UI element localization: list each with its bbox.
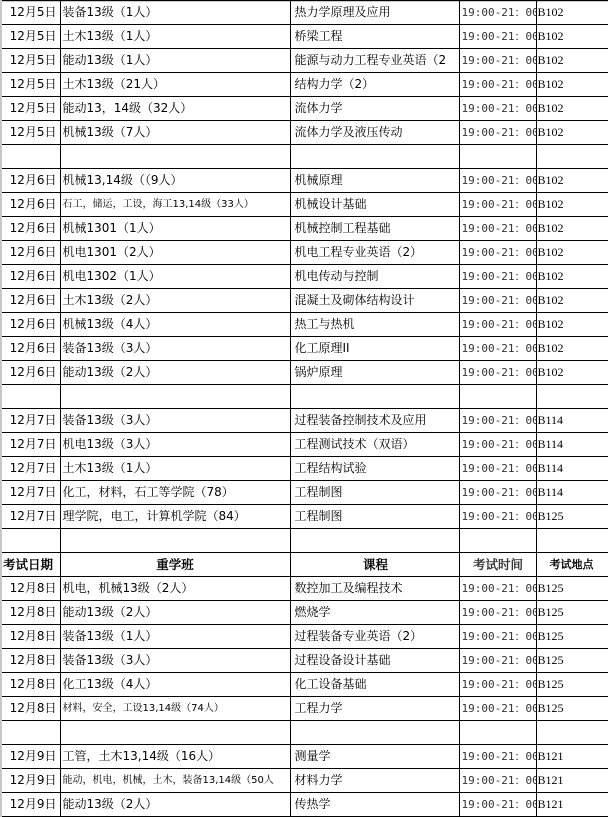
class-cell[interactable]: 化工13级（4人）	[60, 673, 290, 697]
course-cell[interactable]: 热工与热机	[290, 313, 459, 337]
class-cell[interactable]: 土木13级（21人）	[60, 73, 290, 97]
blank-row	[1, 721, 608, 745]
room-cell[interactable]: B125	[536, 577, 608, 601]
empty-cell[interactable]	[536, 721, 608, 745]
course-cell[interactable]: 测量学	[290, 745, 459, 769]
table-row: 12月6日机械13,14级（（9人）机械原理19:00-21：00B102	[1, 169, 608, 193]
course-cell[interactable]: 热力学原理及应用	[290, 1, 459, 25]
empty-cell[interactable]	[290, 721, 459, 745]
header-row: 考试日期重学班课程考试时间考试地点	[1, 553, 608, 577]
table-row: 12月7日化工，材料，石工等学院（78）工程制图19:00-21：00B114	[1, 481, 608, 505]
course-cell[interactable]: 能源与动力工程专业英语（2	[290, 49, 459, 73]
course-cell[interactable]: 材料力学	[290, 769, 459, 793]
time-cell[interactable]: 19:00-21：00	[459, 97, 536, 121]
exam-schedule-sheet: 12月5日装备13级（1人）热力学原理及应用19:00-21：00B10212月…	[0, 0, 608, 817]
class-cell[interactable]: 机械1301（1人）	[60, 217, 290, 241]
table-row: 12月8日装备13级（3人）过程设备设计基础19:00-21：00B125	[1, 649, 608, 673]
table-row: 12月8日装备13级（1人）过程装备专业英语（2）19:00-21：00B125	[1, 625, 608, 649]
room-cell[interactable]: B102	[536, 49, 608, 73]
table-row: 12月6日土木13级（2人）混凝土及砌体结构设计19:00-21：00B102	[1, 289, 608, 313]
blank-row	[1, 145, 608, 169]
course-cell[interactable]: 结构力学（2）	[290, 73, 459, 97]
room-cell[interactable]: B114	[536, 409, 608, 433]
date-cell[interactable]: 12月5日	[1, 121, 60, 145]
class-cell[interactable]: 能动13，14级（32人）	[60, 97, 290, 121]
table-row: 12月7日装备13级（3人）过程装备控制技术及应用19:00-21：00B114	[1, 409, 608, 433]
time-cell[interactable]: 19:00-21：00	[459, 193, 536, 217]
room-cell[interactable]: B125	[536, 673, 608, 697]
date-cell[interactable]: 12月6日	[1, 265, 60, 289]
blank-row	[1, 529, 608, 553]
header-class[interactable]: 重学班	[60, 553, 290, 577]
table-row: 12月9日能动13级（2人）传热学19:00-21：00B121	[1, 793, 608, 817]
room-cell[interactable]: B102	[536, 73, 608, 97]
room-cell[interactable]: B102	[536, 289, 608, 313]
table-row: 12月5日能动13级（1人）能源与动力工程专业英语（219:00-21：00B1…	[1, 49, 608, 73]
empty-cell[interactable]	[536, 145, 608, 169]
room-cell[interactable]: B125	[536, 601, 608, 625]
empty-cell[interactable]	[60, 385, 290, 409]
table-row: 12月6日机电1301（2人）机电工程专业英语（2）19:00-21：00B10…	[1, 241, 608, 265]
table-row: 12月6日机电1302（1人）机电传动与控制19:00-21：00B102	[1, 265, 608, 289]
empty-cell[interactable]	[60, 529, 290, 553]
header-date[interactable]: 考试日期	[1, 553, 60, 577]
class-cell[interactable]: 装备13级（1人）	[60, 1, 290, 25]
date-cell[interactable]: 12月8日	[1, 697, 60, 721]
empty-cell[interactable]	[60, 145, 290, 169]
date-cell[interactable]: 12月6日	[1, 313, 60, 337]
room-cell[interactable]: B121	[536, 793, 608, 817]
class-cell[interactable]: 机电13级（3人）	[60, 433, 290, 457]
room-cell[interactable]: B102	[536, 169, 608, 193]
class-cell[interactable]: 工管，土木13,14级（16人）	[60, 745, 290, 769]
table-row: 12月5日机械13级（7人）流体力学及液压传动19:00-21：00B102	[1, 121, 608, 145]
time-cell[interactable]: 19:00-21：00	[459, 25, 536, 49]
date-cell[interactable]: 12月6日	[1, 289, 60, 313]
time-cell[interactable]: 19:00-21：00	[459, 673, 536, 697]
course-cell[interactable]: 流体力学及液压传动	[290, 121, 459, 145]
course-cell[interactable]: 桥梁工程	[290, 25, 459, 49]
course-cell[interactable]: 机械原理	[290, 169, 459, 193]
time-cell[interactable]: 19:00-21：00	[459, 769, 536, 793]
empty-cell[interactable]	[459, 529, 536, 553]
table-row: 12月5日土木13级（21人）结构力学（2）19:00-21：00B102	[1, 73, 608, 97]
room-cell[interactable]: B102	[536, 361, 608, 385]
room-cell[interactable]: B102	[536, 121, 608, 145]
time-cell[interactable]: 19:00-21：00	[459, 625, 536, 649]
time-cell[interactable]: 19:00-21：00	[459, 241, 536, 265]
date-cell[interactable]: 12月7日	[1, 481, 60, 505]
empty-cell[interactable]	[290, 145, 459, 169]
class-cell[interactable]: 理学院，电工，计算机学院（84）	[60, 505, 290, 529]
table-row: 12月7日机电13级（3人）工程测试技术（双语）19:00-21：00B114	[1, 433, 608, 457]
course-cell[interactable]: 工程力学	[290, 697, 459, 721]
room-cell[interactable]: B121	[536, 769, 608, 793]
time-cell[interactable]: 19:00-21：00	[459, 265, 536, 289]
date-cell[interactable]: 12月6日	[1, 241, 60, 265]
empty-cell[interactable]	[60, 721, 290, 745]
date-cell[interactable]: 12月6日	[1, 337, 60, 361]
room-cell[interactable]: B102	[536, 1, 608, 25]
empty-cell[interactable]	[1, 529, 60, 553]
date-cell[interactable]: 12月9日	[1, 793, 60, 817]
class-cell[interactable]: 机电1302（1人）	[60, 265, 290, 289]
course-cell[interactable]: 流体力学	[290, 97, 459, 121]
date-cell[interactable]: 12月6日	[1, 193, 60, 217]
date-cell[interactable]: 12月6日	[1, 217, 60, 241]
course-cell[interactable]: 数控加工及编程技术	[290, 577, 459, 601]
empty-cell[interactable]	[1, 385, 60, 409]
class-cell[interactable]: 能动，机电，机械，土木，装备13,14级（50人	[60, 769, 290, 793]
table-row: 12月6日石工，储运，工设，海工13,14级（33人）机械设计基础19:00-2…	[1, 193, 608, 217]
class-cell[interactable]: 土木13级（1人）	[60, 457, 290, 481]
table-row: 12月8日化工13级（4人）化工设备基础19:00-21：00B125	[1, 673, 608, 697]
course-cell[interactable]: 化工原理II	[290, 337, 459, 361]
class-cell[interactable]: 机电1301（2人）	[60, 241, 290, 265]
exam-schedule-table: 12月5日装备13级（1人）热力学原理及应用19:00-21：00B10212月…	[0, 0, 608, 817]
date-cell[interactable]: 12月7日	[1, 505, 60, 529]
time-cell[interactable]: 19:00-21：00	[459, 289, 536, 313]
time-cell[interactable]: 19:00-21：00	[459, 577, 536, 601]
time-cell[interactable]: 19:00-21：00	[459, 49, 536, 73]
class-cell[interactable]: 土木13级（1人）	[60, 25, 290, 49]
table-row: 12月6日能动13级（2人）锅炉原理19:00-21：00B102	[1, 361, 608, 385]
class-cell[interactable]: 土木13级（2人）	[60, 289, 290, 313]
room-cell[interactable]: B102	[536, 337, 608, 361]
course-cell[interactable]: 机电工程专业英语（2）	[290, 241, 459, 265]
course-cell[interactable]: 混凝土及砌体结构设计	[290, 289, 459, 313]
date-cell[interactable]: 12月7日	[1, 433, 60, 457]
table-row: 12月5日能动13，14级（32人）流体力学19:00-21：00B102	[1, 97, 608, 121]
date-cell[interactable]: 12月6日	[1, 169, 60, 193]
time-cell[interactable]: 19:00-21：00	[459, 745, 536, 769]
class-cell[interactable]: 材料，安全，工设13,14级（74人）	[60, 697, 290, 721]
room-cell[interactable]: B102	[536, 193, 608, 217]
class-cell[interactable]: 石工，储运，工设，海工13,14级（33人）	[60, 193, 290, 217]
time-cell[interactable]: 19:00-21：00	[459, 505, 536, 529]
date-cell[interactable]: 12月9日	[1, 769, 60, 793]
date-cell[interactable]: 12月6日	[1, 361, 60, 385]
table-row: 12月8日材料，安全，工设13,14级（74人）工程力学19:00-21：00B…	[1, 697, 608, 721]
date-cell[interactable]: 12月8日	[1, 601, 60, 625]
date-cell[interactable]: 12月9日	[1, 745, 60, 769]
table-row: 12月8日机电，机械13级（2人）数控加工及编程技术19:00-21：00B12…	[1, 577, 608, 601]
header-room[interactable]: 考试地点	[536, 553, 608, 577]
empty-cell[interactable]	[1, 721, 60, 745]
room-cell[interactable]: B114	[536, 457, 608, 481]
table-row: 12月6日机械1301（1人）机械控制工程基础19:00-21：00B102	[1, 217, 608, 241]
course-cell[interactable]: 工程制图	[290, 505, 459, 529]
empty-cell[interactable]	[459, 385, 536, 409]
room-cell[interactable]: B125	[536, 625, 608, 649]
class-cell[interactable]: 机械13级（4人）	[60, 313, 290, 337]
time-cell[interactable]: 19:00-21：00	[459, 649, 536, 673]
time-cell[interactable]: 19:00-21：00	[459, 457, 536, 481]
time-cell[interactable]: 19:00-21：00	[459, 1, 536, 25]
course-cell[interactable]: 工程结构试验	[290, 457, 459, 481]
empty-cell[interactable]	[290, 529, 459, 553]
time-cell[interactable]: 19:00-21：00	[459, 73, 536, 97]
room-cell[interactable]: B114	[536, 481, 608, 505]
class-cell[interactable]: 机械13级（7人）	[60, 121, 290, 145]
course-cell[interactable]: 过程设备设计基础	[290, 649, 459, 673]
room-cell[interactable]: B102	[536, 217, 608, 241]
room-cell[interactable]: B102	[536, 313, 608, 337]
table-row: 12月9日能动，机电，机械，土木，装备13,14级（50人材料力学19:00-2…	[1, 769, 608, 793]
empty-cell[interactable]	[536, 385, 608, 409]
empty-cell[interactable]	[1, 145, 60, 169]
time-cell[interactable]: 19:00-21：00	[459, 121, 536, 145]
room-cell[interactable]: B125	[536, 505, 608, 529]
date-cell[interactable]: 12月8日	[1, 673, 60, 697]
table-row: 12月7日土木13级（1人）工程结构试验19:00-21：00B114	[1, 457, 608, 481]
empty-cell[interactable]	[459, 145, 536, 169]
time-cell[interactable]: 19:00-21：00	[459, 361, 536, 385]
class-cell[interactable]: 机电，机械13级（2人）	[60, 577, 290, 601]
date-cell[interactable]: 12月8日	[1, 625, 60, 649]
room-cell[interactable]: B102	[536, 97, 608, 121]
table-row: 12月6日装备13级（3人）化工原理II19:00-21：00B102	[1, 337, 608, 361]
time-cell[interactable]: 19:00-21：00	[459, 601, 536, 625]
room-cell[interactable]: B102	[536, 265, 608, 289]
empty-cell[interactable]	[536, 529, 608, 553]
time-cell[interactable]: 19:00-21：00	[459, 337, 536, 361]
class-cell[interactable]: 装备13级（1人）	[60, 625, 290, 649]
date-cell[interactable]: 12月8日	[1, 577, 60, 601]
date-cell[interactable]: 12月5日	[1, 49, 60, 73]
empty-cell[interactable]	[290, 385, 459, 409]
class-cell[interactable]: 装备13级（3人）	[60, 409, 290, 433]
header-course[interactable]: 课程	[290, 553, 459, 577]
course-cell[interactable]: 过程装备专业英语（2）	[290, 625, 459, 649]
class-cell[interactable]: 能动13级（1人）	[60, 49, 290, 73]
table-row: 12月8日能动13级（2人）燃烧学19:00-21：00B125	[1, 601, 608, 625]
table-row: 12月6日机械13级（4人）热工与热机19:00-21：00B102	[1, 313, 608, 337]
time-cell[interactable]: 19:00-21：00	[459, 793, 536, 817]
course-cell[interactable]: 工程制图	[290, 481, 459, 505]
blank-row	[1, 385, 608, 409]
course-cell[interactable]: 机电传动与控制	[290, 265, 459, 289]
time-cell[interactable]: 19:00-21：00	[459, 217, 536, 241]
table-row: 12月9日工管，土木13,14级（16人）测量学19:00-21：00B121	[1, 745, 608, 769]
time-cell[interactable]: 19:00-21：00	[459, 409, 536, 433]
time-cell[interactable]: 19:00-21：00	[459, 433, 536, 457]
date-cell[interactable]: 12月7日	[1, 457, 60, 481]
room-cell[interactable]: B121	[536, 745, 608, 769]
room-cell[interactable]: B125	[536, 649, 608, 673]
date-cell[interactable]: 12月5日	[1, 1, 60, 25]
table-row: 12月5日土木13级（1人）桥梁工程19:00-21：00B102	[1, 25, 608, 49]
class-cell[interactable]: 装备13级（3人）	[60, 649, 290, 673]
course-cell[interactable]: 工程测试技术（双语）	[290, 433, 459, 457]
class-cell[interactable]: 能动13级（2人）	[60, 793, 290, 817]
header-time[interactable]: 考试时间	[459, 553, 536, 577]
date-cell[interactable]: 12月5日	[1, 97, 60, 121]
date-cell[interactable]: 12月7日	[1, 409, 60, 433]
class-cell[interactable]: 能动13级（2人）	[60, 601, 290, 625]
course-cell[interactable]: 燃烧学	[290, 601, 459, 625]
empty-cell[interactable]	[459, 721, 536, 745]
table-row: 12月5日装备13级（1人）热力学原理及应用19:00-21：00B102	[1, 1, 608, 25]
course-cell[interactable]: 过程装备控制技术及应用	[290, 409, 459, 433]
date-cell[interactable]: 12月8日	[1, 649, 60, 673]
room-cell[interactable]: B114	[536, 433, 608, 457]
class-cell[interactable]: 能动13级（2人）	[60, 361, 290, 385]
course-cell[interactable]: 机械控制工程基础	[290, 217, 459, 241]
course-cell[interactable]: 锅炉原理	[290, 361, 459, 385]
course-cell[interactable]: 传热学	[290, 793, 459, 817]
class-cell[interactable]: 装备13级（3人）	[60, 337, 290, 361]
time-cell[interactable]: 19:00-21：00	[459, 481, 536, 505]
date-cell[interactable]: 12月5日	[1, 25, 60, 49]
time-cell[interactable]: 19:00-21：00	[459, 169, 536, 193]
class-cell[interactable]: 化工，材料，石工等学院（78）	[60, 481, 290, 505]
table-row: 12月7日理学院，电工，计算机学院（84）工程制图19:00-21：00B125	[1, 505, 608, 529]
date-cell[interactable]: 12月5日	[1, 73, 60, 97]
course-cell[interactable]: 化工设备基础	[290, 673, 459, 697]
time-cell[interactable]: 19:00-21：00	[459, 697, 536, 721]
course-cell[interactable]: 机械设计基础	[290, 193, 459, 217]
class-cell[interactable]: 机械13,14级（（9人）	[60, 169, 290, 193]
room-cell[interactable]: B102	[536, 25, 608, 49]
room-cell[interactable]: B102	[536, 241, 608, 265]
room-cell[interactable]: B125	[536, 697, 608, 721]
time-cell[interactable]: 19:00-21：00	[459, 313, 536, 337]
schedule-body: 12月5日装备13级（1人）热力学原理及应用19:00-21：00B10212月…	[1, 1, 608, 817]
